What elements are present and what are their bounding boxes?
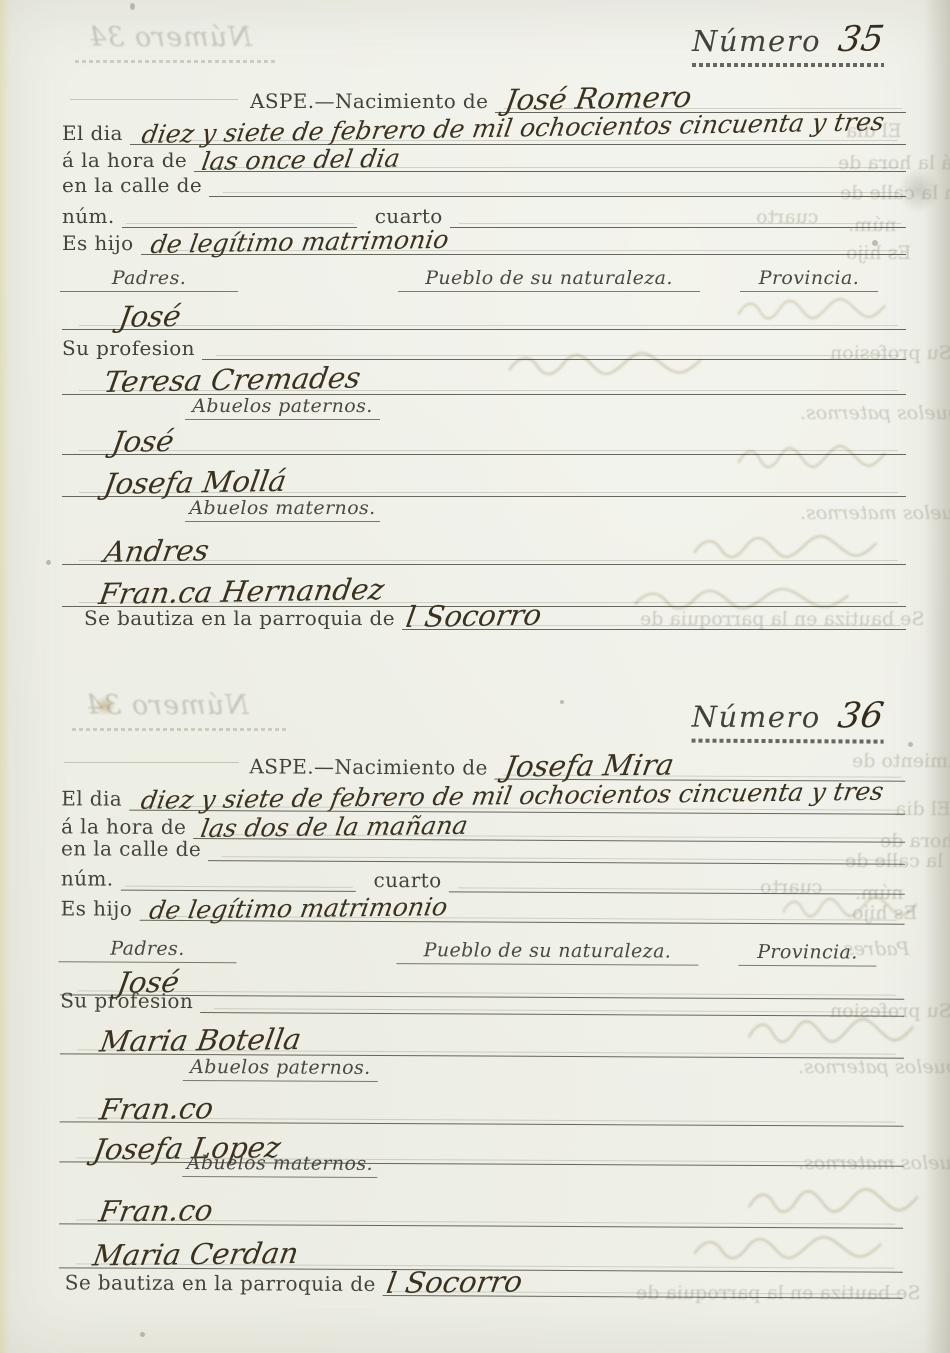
el-dia-label: El dia	[61, 787, 122, 810]
el-dia-label: El dia	[62, 122, 123, 145]
parents-column-headers: Padres. Pueblo de su naturaleza. Provinc…	[0, 928, 949, 967]
floor-line	[450, 201, 906, 228]
maternal-grandmother-value: Maria Cerdan	[91, 1240, 301, 1270]
record-number-block: Número 36	[692, 700, 892, 744]
paternal-grandfather-value: Fran.co	[98, 1096, 216, 1125]
hora-label: á la hora de	[62, 149, 187, 172]
calle-label: en la calle de	[61, 837, 201, 861]
maternal-grandparents-header-row: Abuelos maternos.	[0, 1154, 947, 1181]
profession-row: Su profesion	[60, 990, 904, 1016]
paper-speck	[130, 3, 135, 10]
street-line	[208, 835, 905, 865]
legitimacy-line: de legítimo matrimonio	[139, 892, 905, 925]
paternal-grandfather-line: Fran.co	[60, 1082, 904, 1126]
paternal-grandmother-row: Josefa Mollá	[62, 455, 906, 497]
maternal-grandfather-row: Andres	[62, 523, 906, 565]
mother-row: Teresa Cremades	[62, 360, 906, 395]
profesion-label: Su profesion	[60, 989, 193, 1013]
number-floor-row: núm. cuarto	[62, 201, 906, 228]
maternal-grandfather-value: Fran.co	[97, 1198, 215, 1227]
parish-line: l Socorro	[383, 1272, 903, 1299]
floor-line	[449, 864, 905, 894]
paper-speck	[46, 560, 51, 565]
padres-header: Padres.	[60, 267, 238, 292]
cuarto-label: cuarto	[373, 869, 441, 892]
maternal-grandfather-value: Andres	[102, 538, 211, 567]
birth-date-line: diez y siete de febrero de mil ochocient…	[129, 779, 905, 815]
father-line: José	[62, 294, 906, 330]
father-row: José	[62, 294, 906, 330]
bautiza-label: Se bautiza en la parroquia de	[84, 607, 395, 630]
record-number-value: 36	[836, 700, 886, 734]
legitimacy-value: de legítimo matrimonio	[149, 228, 450, 257]
provincia-header: Provincia.	[738, 941, 876, 967]
profesion-label: Su profesion	[62, 337, 195, 360]
birth-record-form-35: Número 35 ASPE.—Nacimiento de José Romer…	[0, 0, 950, 660]
maternal-grandmother-value: Fran.ca Hernandez	[97, 577, 386, 609]
birth-date-line: diez y siete de febrero de mil ochocient…	[130, 117, 906, 145]
mother-line: Teresa Cremades	[62, 360, 906, 395]
abuelos-paternos-header: Abuelos paternos.	[183, 1056, 378, 1082]
header-label: ASPE.—Nacimiento de	[250, 90, 488, 113]
birth-hour-row: á la hora de las once del dia	[62, 147, 906, 172]
parish-line: l Socorro	[402, 609, 906, 630]
birth-date-value: diez y siete de febrero de mil ochocient…	[139, 780, 885, 813]
street-row: en la calle de	[62, 171, 906, 197]
baptism-row: Se bautiza en la parroquia de l Socorro	[84, 609, 906, 630]
numero-label: Número	[692, 24, 821, 58]
brown-stain	[90, 692, 120, 720]
paternal-grandfather-row: Fran.co	[60, 1082, 904, 1126]
paternal-grandmother-value: Josefa Mollá	[102, 468, 288, 499]
father-name-value: José	[117, 303, 183, 332]
paternal-grandfather-row: José	[62, 421, 906, 455]
birth-record-form-36: Número 36 ASPE.—Nacimiento de Josefa Mir…	[0, 662, 950, 1327]
parents-column-headers: Padres. Pueblo de su naturaleza. Provinc…	[0, 258, 950, 292]
parish-value: l Socorro	[404, 602, 543, 632]
paper-speck	[140, 1332, 145, 1337]
maternal-grandparents-header-row: Abuelos maternos.	[0, 499, 950, 522]
number-floor-row: núm. cuarto	[61, 862, 905, 894]
abuelos-maternos-header: Abuelos maternos.	[185, 497, 380, 522]
profession-line	[202, 334, 906, 360]
scanned-register-page: Número 34 El dia á la hora de en la call…	[0, 0, 950, 1353]
street-line	[209, 171, 906, 197]
maternal-grandfather-line: Andres	[62, 523, 906, 565]
maternal-grandfather-line: Fran.co	[59, 1178, 903, 1228]
profession-row: Su profesion	[62, 334, 906, 360]
num-label: núm.	[61, 867, 114, 890]
paternal-grandmother-line: Josefa Mollá	[62, 455, 906, 497]
legitimacy-value: de legítimo matrimonio	[147, 895, 449, 922]
birth-hour-line: las once del dia	[194, 147, 906, 172]
baptism-row: Se bautiza en la parroquia de l Socorro	[65, 1270, 903, 1298]
paper-speck	[908, 742, 913, 747]
paper-speck	[872, 240, 878, 246]
pueblo-header: Pueblo de su naturaleza.	[398, 267, 700, 292]
numero-underline	[692, 739, 884, 744]
birth-date-row: El dia diez y siete de febrero de mil oc…	[62, 117, 906, 145]
page-edge-tint-left	[0, 0, 10, 1353]
calle-label: en la calle de	[62, 174, 202, 197]
es-hijo-label: Es hijo	[61, 897, 133, 920]
birth-date-row: El dia diez y siete de febrero de mil oc…	[61, 778, 905, 814]
profession-line	[200, 991, 904, 1017]
paper-speck	[560, 700, 564, 704]
legitimacy-row: Es hijo de legítimo matrimonio	[62, 229, 906, 255]
numero-underline	[692, 63, 884, 67]
street-row: en la calle de	[61, 834, 905, 864]
parish-value: l Socorro	[385, 1269, 525, 1298]
paternal-grandfather-line: José	[62, 421, 906, 455]
house-number-line	[120, 863, 355, 892]
child-name-value: Josefa Mira	[503, 752, 677, 782]
mother-line: Maria Botella	[60, 1014, 904, 1058]
legitimacy-line: de legítimo matrimonio	[141, 229, 906, 255]
numero-label: Número	[692, 700, 821, 735]
bautiza-label: Se bautiza en la parroquia de	[65, 1271, 376, 1296]
num-label: núm.	[62, 205, 115, 228]
record-number-block: Número 35	[692, 24, 892, 67]
page-edge-shadow-right	[924, 0, 950, 1353]
abuelos-maternos-header: Abuelos maternos.	[182, 1152, 377, 1178]
paternal-grandparents-header-row: Abuelos paternos.	[0, 396, 950, 420]
birth-hour-value: las once del dia	[200, 147, 402, 174]
abuelos-paternos-header: Abuelos paternos.	[185, 395, 380, 420]
paternal-grandfather-value: José	[110, 428, 176, 457]
birth-date-value: diez y siete de febrero de mil ochocient…	[140, 110, 886, 147]
house-number-line	[122, 201, 357, 228]
mother-name-value: Teresa Cremades	[102, 365, 362, 397]
paternal-grandparents-header-row: Abuelos paternos.	[0, 1058, 948, 1085]
provincia-header: Provincia.	[740, 267, 878, 292]
pueblo-header: Pueblo de su naturaleza.	[396, 939, 698, 966]
es-hijo-label: Es hijo	[62, 232, 134, 255]
padres-header: Padres.	[58, 937, 236, 963]
maternal-grandfather-row: Fran.co	[59, 1178, 903, 1228]
mother-name-value: Maria Botella	[98, 1027, 303, 1057]
record-number-value: 35	[836, 23, 886, 57]
header-label: ASPE.—Nacimiento de	[249, 755, 487, 779]
legitimacy-row: Es hijo de legítimo matrimonio	[61, 891, 905, 924]
mother-row: Maria Botella	[60, 1014, 904, 1058]
